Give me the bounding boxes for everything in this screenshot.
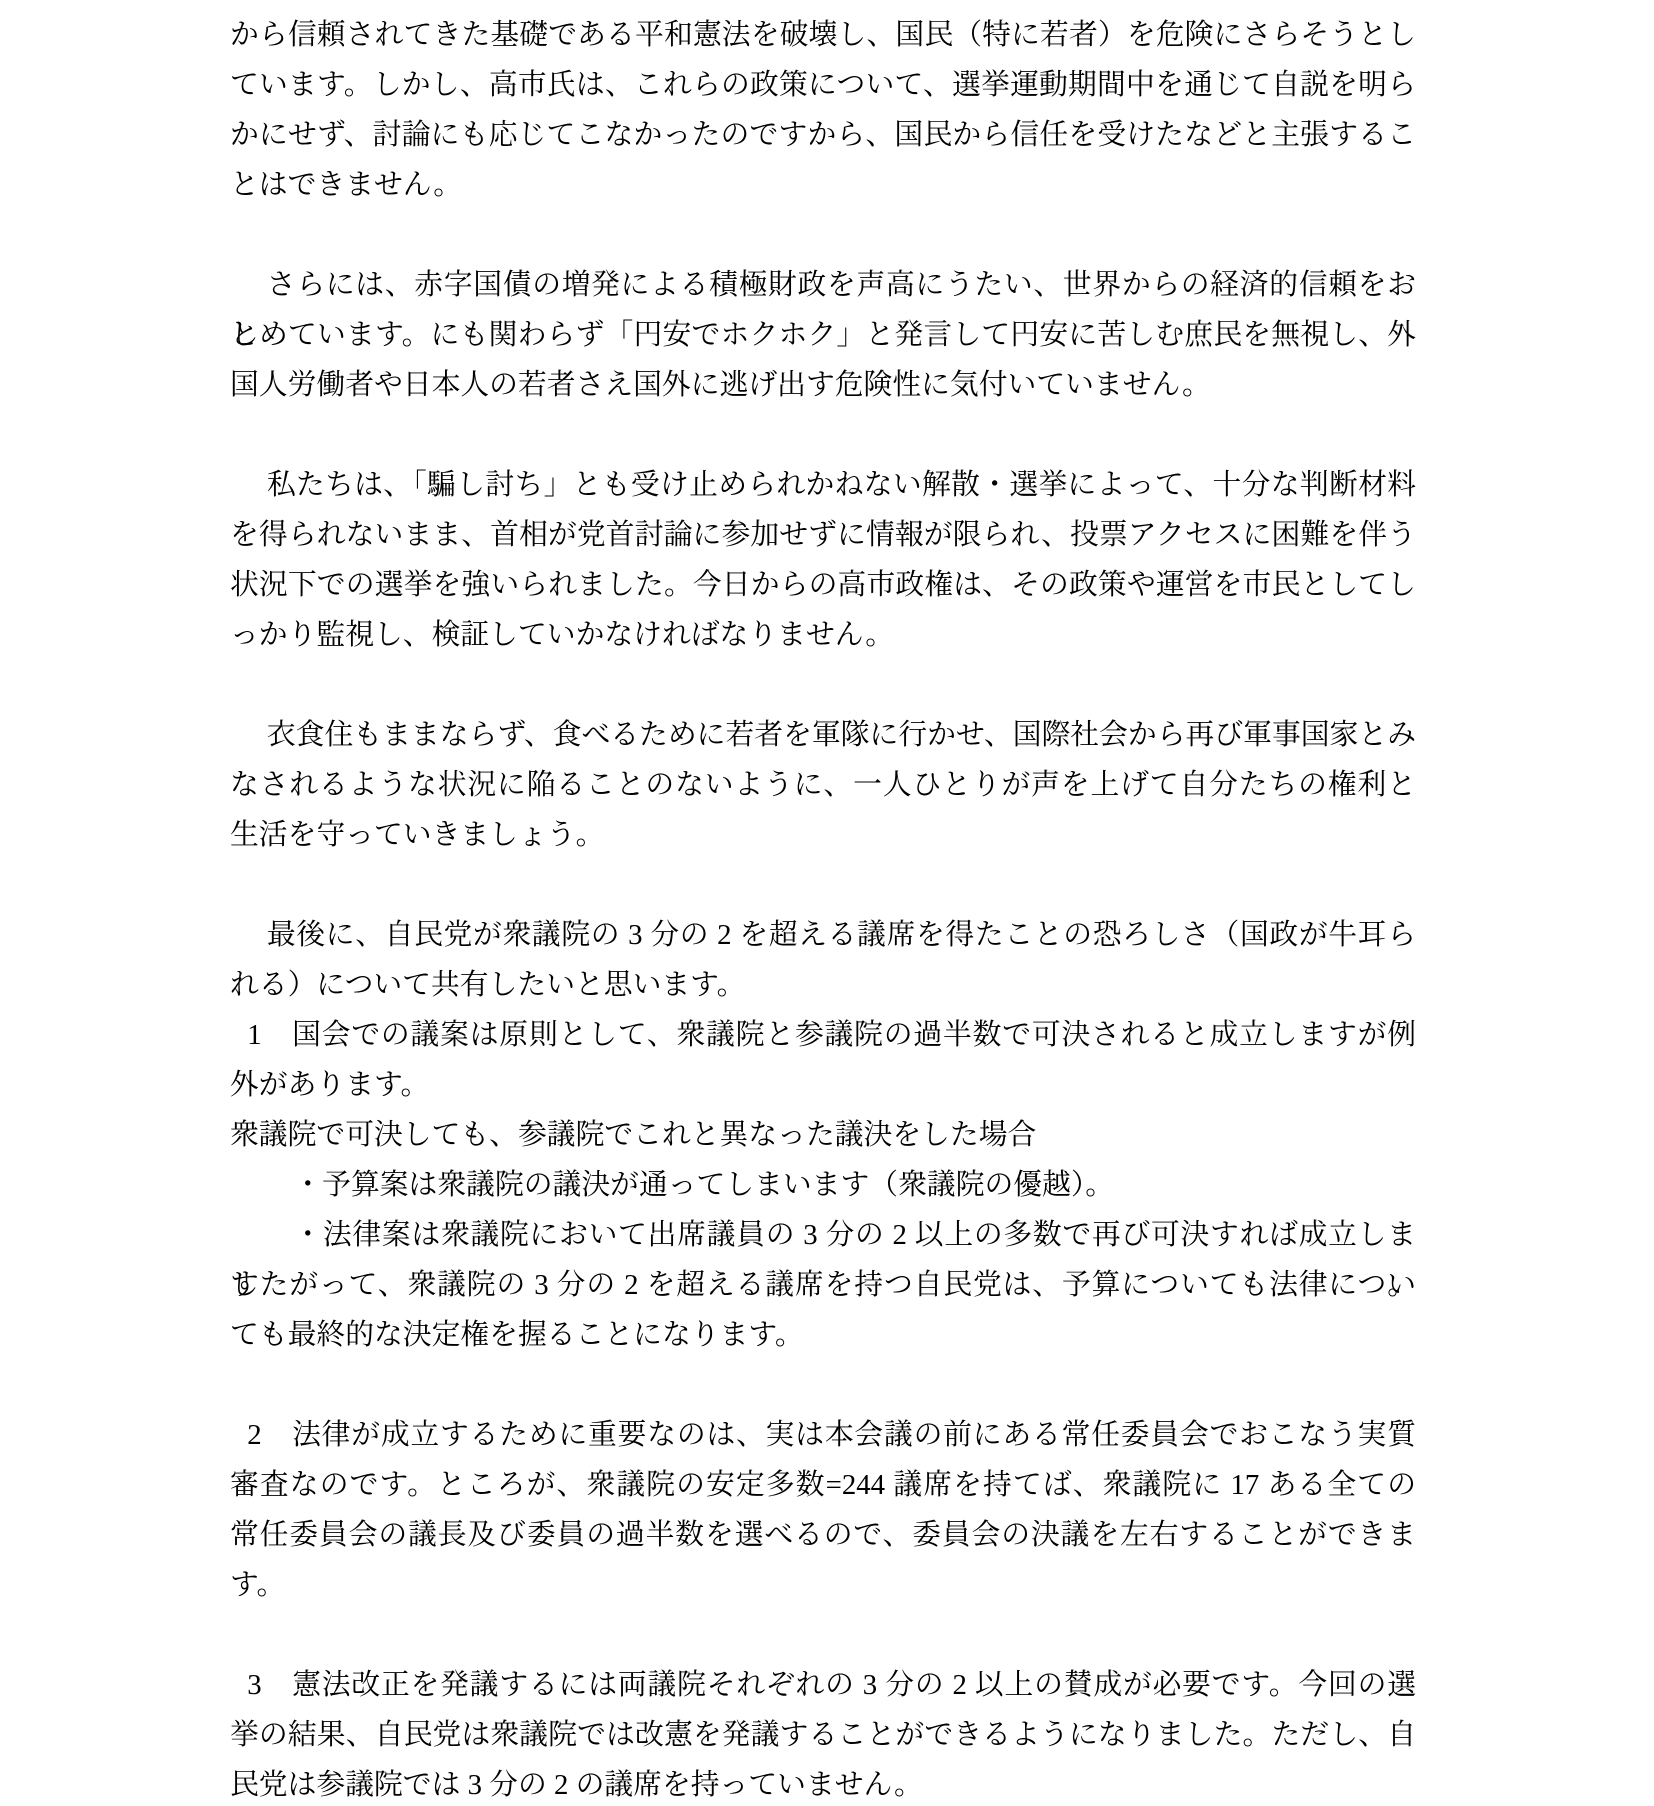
text-line: ・法律案は衆議院において出席議員の 3 分の 2 以上の多数で再び可決すれば成立… xyxy=(230,1210,1416,1260)
text-line: なされるような状況に陥ることのないように、一人ひとりが声を上げて自分たちの権利と xyxy=(230,760,1416,810)
text-line: 衣食住もままならず、食べるために若者を軍隊に行かせ、国際社会から再び軍事国家とみ xyxy=(230,710,1416,760)
text-line: 生活を守っていきましょう。 xyxy=(230,810,1416,860)
text-line: 私たちは、「騙し討ち」とも受け止められかねない解散・選挙によって、十分な判断材料 xyxy=(230,460,1416,510)
text-line: 審査なのです。ところが、衆議院の安定多数=244 議席を持てば、衆議院に 17 … xyxy=(230,1460,1416,1510)
paragraph: 衣食住もままならず、食べるために若者を軍隊に行かせ、国際社会から再び軍事国家とみ… xyxy=(230,710,1416,860)
text-line: 国人労働者や日本人の若者さえ国外に逃げ出す危険性に気付いていません。 xyxy=(230,360,1416,410)
text-line: から信頼されてきた基礎である平和憲法を破壊し、国民（特に若者）を危険にさらそうと… xyxy=(230,10,1416,60)
text-line: 常任委員会の議長及び委員の過半数を選べるので、委員会の決議を左右することができま xyxy=(230,1510,1416,1560)
text-line: 衆議院で可決しても、参議院でこれと異なった議決をした場合 xyxy=(230,1110,1416,1160)
text-line: 状況下での選挙を強いられました。今日からの高市政権は、その政策や運営を市民として… xyxy=(230,560,1416,610)
text-line: ています。しかし、高市氏は、これらの政策について、選挙運動期間中を通じて自説を明… xyxy=(230,60,1416,110)
text-line: っかり監視し、検証していかなければなりません。 xyxy=(230,610,1416,660)
text-line: しめています。にも関わらず「円安でホクホク」と発言して円安に苦しむ庶民を無視し、… xyxy=(230,310,1416,360)
paragraph: 最後に、自民党が衆議院の 3 分の 2 を超える議席を得たことの恐ろしさ（国政が… xyxy=(230,910,1416,1360)
paragraph: さらには、赤字国債の増発による積極財政を声高にうたい、世界からの経済的信頼をおと… xyxy=(230,260,1416,410)
text-line: ても最終的な決定権を握ることになります。 xyxy=(230,1310,1416,1360)
document-text-block: から信頼されてきた基礎である平和憲法を破壊し、国民（特に若者）を危険にさらそうと… xyxy=(230,10,1416,1806)
text-line: 2 法律が成立するために重要なのは、実は本会議の前にある常任委員会でおこなう実質 xyxy=(230,1410,1416,1460)
text-line: を得られないまま、首相が党首討論に参加せずに情報が限られ、投票アクセスに困難を伴… xyxy=(230,510,1416,560)
text-line: 最後に、自民党が衆議院の 3 分の 2 を超える議席を得たことの恐ろしさ（国政が… xyxy=(230,910,1416,960)
paragraph: 3 憲法改正を発議するには両議院それぞれの 3 分の 2 以上の賛成が必要です。… xyxy=(230,1660,1416,1806)
text-line: れる）について共有したいと思います。 xyxy=(230,960,1416,1010)
document-page: から信頼されてきた基礎である平和憲法を破壊し、国民（特に若者）を危険にさらそうと… xyxy=(0,0,1654,1806)
paragraph: 私たちは、「騙し討ち」とも受け止められかねない解散・選挙によって、十分な判断材料… xyxy=(230,460,1416,660)
paragraph: 2 法律が成立するために重要なのは、実は本会議の前にある常任委員会でおこなう実質… xyxy=(230,1410,1416,1610)
text-line: さらには、赤字国債の増発による積極財政を声高にうたい、世界からの経済的信頼をおと xyxy=(230,260,1416,310)
paragraph: から信頼されてきた基礎である平和憲法を破壊し、国民（特に若者）を危険にさらそうと… xyxy=(230,10,1416,210)
text-line: ・予算案は衆議院の議決が通ってしまいます（衆議院の優越）。 xyxy=(230,1160,1416,1210)
text-line: とはできません。 xyxy=(230,160,1416,210)
text-line: 3 憲法改正を発議するには両議院それぞれの 3 分の 2 以上の賛成が必要です。… xyxy=(230,1660,1416,1710)
text-line: 外があります。 xyxy=(230,1060,1416,1110)
text-line: かにせず、討論にも応じてこなかったのですから、国民から信任を受けたなどと主張する… xyxy=(230,110,1416,160)
text-line: 1 国会での議案は原則として、衆議院と参議院の過半数で可決されると成立しますが例 xyxy=(230,1010,1416,1060)
text-line: したがって、衆議院の 3 分の 2 を超える議席を持つ自民党は、予算についても法… xyxy=(230,1260,1416,1310)
text-line: 挙の結果、自民党は衆議院では改憲を発議することができるようになりました。ただし、… xyxy=(230,1710,1416,1760)
text-line: す。 xyxy=(230,1560,1416,1610)
text-line: 民党は参議院では 3 分の 2 の議席を持っていません。 xyxy=(230,1760,1416,1806)
